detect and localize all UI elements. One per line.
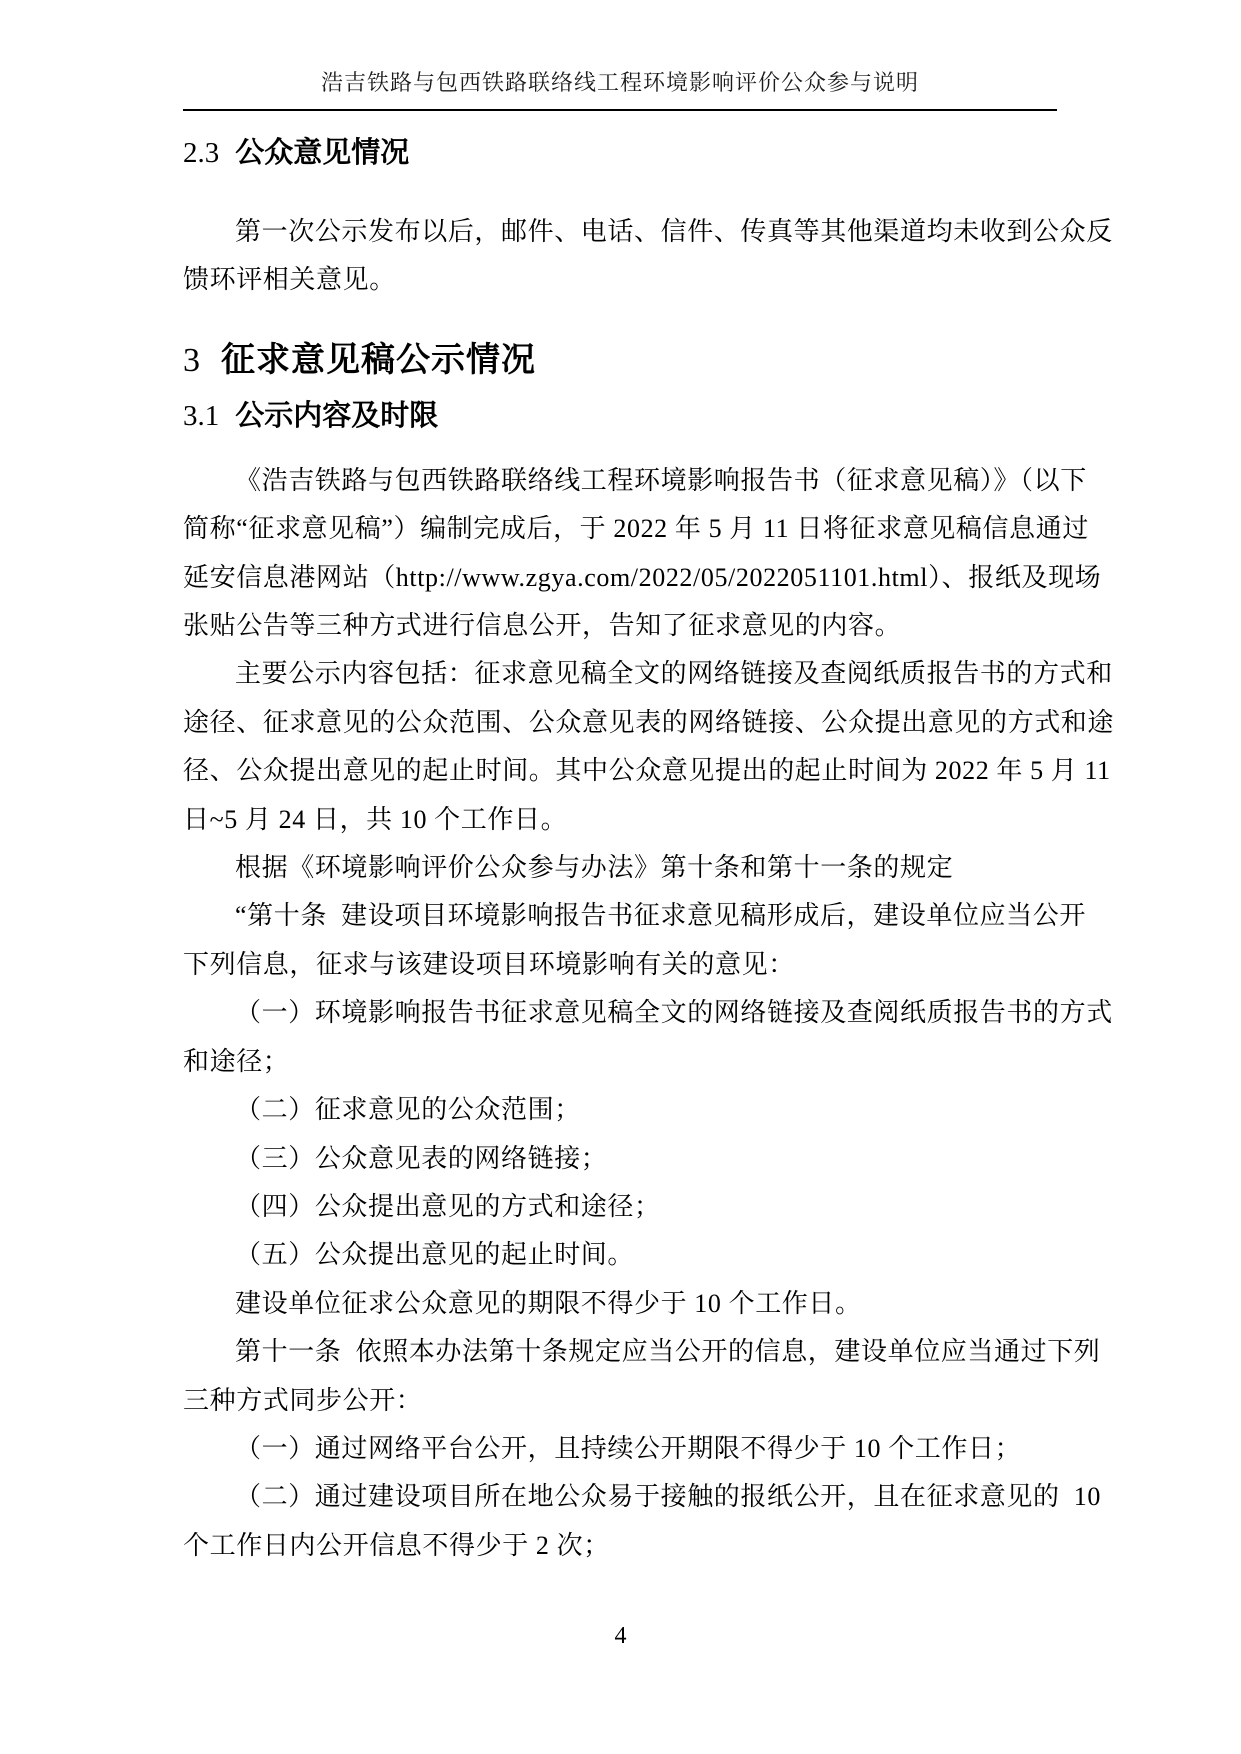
section-title: 公众意见情况 (235, 137, 409, 169)
text-line: 径、公众提出意见的起止时间。其中公众意见提出的起止时间为 2022 年 5 月 … (183, 747, 1057, 795)
header-title: 浩吉铁路与包西铁路联络线工程环境影响评价公众参与说明 (183, 70, 1057, 96)
section-number: 3.1 (183, 400, 219, 432)
text-line: （四）公众提出意见的方式和途径； (183, 1183, 1057, 1231)
paragraph: （四）公众提出意见的方式和途径； (183, 1183, 1057, 1231)
section-title: 征求意见稿公示情况 (221, 341, 536, 379)
text-line: 主要公示内容包括：征求意见稿全文的网络链接及查阅纸质报告书的方式和 (183, 650, 1057, 698)
paragraph: 主要公示内容包括：征求意见稿全文的网络链接及查阅纸质报告书的方式和途径、征求意见… (183, 650, 1057, 844)
text-line: （二）通过建设项目所在地公众易于接触的报纸公开，且在征求意见的 10 (183, 1473, 1057, 1521)
text-line: 和途径； (183, 1038, 1057, 1086)
paragraph: 《浩吉铁路与包西铁路联络线工程环境影响报告书（征求意见稿）》（以下简称“征求意见… (183, 457, 1057, 651)
section-title: 公示内容及时限 (235, 400, 438, 432)
paragraph: 建设单位征求公众意见的期限不得少于 10 个工作日。 (183, 1280, 1057, 1328)
section-heading-3.1: 3.1公示内容及时限 (183, 396, 1057, 436)
text-line: 延安信息港网站（http://www.zgya.com/2022/05/2022… (183, 554, 1057, 602)
paragraph: 第十一条 依照本办法第十条规定应当公开的信息，建设单位应当通过下列三种方式同步公… (183, 1328, 1057, 1425)
paragraph: 根据《环境影响评价公众参与办法》第十条和第十一条的规定 (183, 844, 1057, 892)
text-line: （二）征求意见的公众范围； (183, 1086, 1057, 1134)
text-line: （五）公众提出意见的起止时间。 (183, 1231, 1057, 1279)
section-number: 2.3 (183, 137, 219, 169)
paragraph: （三）公众意见表的网络链接； (183, 1135, 1057, 1183)
paragraph: 第一次公示发布以后，邮件、电话、信件、传真等其他渠道均未收到公众反馈环评相关意见… (183, 208, 1057, 305)
text-line: 第十一条 依照本办法第十条规定应当公开的信息，建设单位应当通过下列 (183, 1328, 1057, 1376)
paragraph: “第十条 建设项目环境影响报告书征求意见稿形成后，建设单位应当公开下列信息，征求… (183, 892, 1057, 989)
section-heading-2.3: 2.3公众意见情况 (183, 133, 1057, 173)
text-line: 三种方式同步公开： (183, 1377, 1057, 1425)
paragraph: （五）公众提出意见的起止时间。 (183, 1231, 1057, 1279)
text-line: 根据《环境影响评价公众参与办法》第十条和第十一条的规定 (183, 844, 1057, 892)
text-line: 个工作日内公开信息不得少于 2 次； (183, 1522, 1057, 1570)
text-line: 日~5 月 24 日，共 10 个工作日。 (183, 796, 1057, 844)
text-line: （一）环境影响报告书征求意见稿全文的网络链接及查阅纸质报告书的方式 (183, 989, 1057, 1037)
document-page: 浩吉铁路与包西铁路联络线工程环境影响评价公众参与说明 2.3公众意见情况第一次公… (0, 0, 1241, 1754)
text-line: “第十条 建设项目环境影响报告书征求意见稿形成后，建设单位应当公开 (183, 892, 1057, 940)
text-line: 张贴公告等三种方式进行信息公开，告知了征求意见的内容。 (183, 602, 1057, 650)
text-line: 馈环评相关意见。 (183, 256, 1057, 304)
paragraph: （二）通过建设项目所在地公众易于接触的报纸公开，且在征求意见的 10个工作日内公… (183, 1473, 1057, 1570)
section-number: 3 (183, 342, 201, 379)
page-footer: 4 (0, 1620, 1241, 1652)
text-line: （三）公众意见表的网络链接； (183, 1135, 1057, 1183)
text-line: 简称“征求意见稿”）编制完成后，于 2022 年 5 月 11 日将征求意见稿信… (183, 505, 1057, 553)
text-line: 第一次公示发布以后，邮件、电话、信件、传真等其他渠道均未收到公众反 (183, 208, 1057, 256)
page-header: 浩吉铁路与包西铁路联络线工程环境影响评价公众参与说明 (0, 0, 1241, 111)
text-line: 下列信息，征求与该建设项目环境影响有关的意见： (183, 941, 1057, 989)
paragraph: （二）征求意见的公众范围； (183, 1086, 1057, 1134)
text-line: 途径、征求意见的公众范围、公众意见表的网络链接、公众提出意见的方式和途 (183, 699, 1057, 747)
text-line: 建设单位征求公众意见的期限不得少于 10 个工作日。 (183, 1280, 1057, 1328)
paragraph: （一）通过网络平台公开，且持续公开期限不得少于 10 个工作日； (183, 1425, 1057, 1473)
text-line: （一）通过网络平台公开，且持续公开期限不得少于 10 个工作日； (183, 1425, 1057, 1473)
page-number: 4 (615, 1623, 627, 1649)
text-line: 《浩吉铁路与包西铁路联络线工程环境影响报告书（征求意见稿）》（以下 (183, 457, 1057, 505)
paragraph: （一）环境影响报告书征求意见稿全文的网络链接及查阅纸质报告书的方式和途径； (183, 989, 1057, 1086)
document-body: 2.3公众意见情况第一次公示发布以后，邮件、电话、信件、传真等其他渠道均未收到公… (0, 111, 1241, 1570)
section-heading-3: 3征求意见稿公示情况 (183, 336, 1057, 385)
